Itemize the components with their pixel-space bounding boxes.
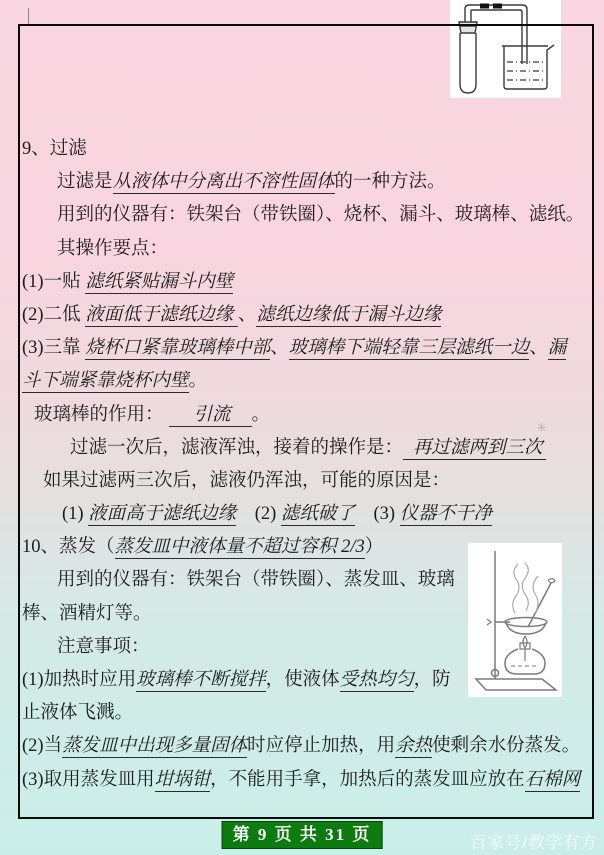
text-segment: 9、过滤 bbox=[22, 139, 87, 159]
text-segment: 时应停止加热，用 bbox=[247, 736, 395, 756]
answer-segment: 石棉网 bbox=[525, 770, 581, 792]
section-10-heading: 10、蒸发（蒸发皿中液体量不超过容积 2/3） bbox=[22, 531, 600, 564]
text-segment: 。 bbox=[189, 371, 208, 391]
answer-segment: 蒸发皿中出现多量固体 bbox=[62, 736, 247, 758]
text-segment: 过滤是 bbox=[57, 172, 113, 192]
text-segment: (3)三靠 bbox=[22, 338, 85, 358]
page-number-badge: 第 9 页 共 31 页 bbox=[222, 821, 383, 849]
answer-segment: 液面低于滤纸边缘 bbox=[85, 305, 238, 327]
line-operation-points: 其操作要点： bbox=[57, 233, 600, 266]
answer-segment: 滤纸边缘低于漏斗边缘 bbox=[256, 305, 441, 327]
text-segment: (2) bbox=[236, 504, 281, 524]
answer-segment: 滤纸紧贴漏斗内壁 bbox=[85, 272, 233, 294]
line-cautions-heading: 注意事项： bbox=[57, 631, 600, 664]
text-segment: 注意事项： bbox=[57, 637, 150, 657]
answer-segment: 斗下端紧靠烧杯内壁 bbox=[22, 371, 189, 393]
text-segment: 用到的仪器有：铁架台（带铁圈）、烧杯、漏斗、玻璃棒、滤纸。 bbox=[57, 205, 584, 225]
line-evap-instruments-2: 棒、酒精灯等。 bbox=[22, 598, 600, 631]
answer-segment: 漏 bbox=[548, 338, 567, 360]
section-9-heading: 9、过滤 bbox=[22, 133, 600, 166]
text-segment: (1)一贴 bbox=[22, 272, 85, 292]
baijiahao-watermark: 百家号/教学有方 bbox=[470, 829, 598, 853]
text-segment: ，使液体 bbox=[266, 670, 340, 690]
text-segment: 止液体飞溅。 bbox=[22, 703, 133, 723]
text-segment: (3)取用蒸发皿用 bbox=[22, 770, 155, 790]
crop-mark bbox=[28, 8, 29, 24]
answer-segment: 从液体中分离出不溶性固体 bbox=[113, 172, 335, 194]
text-segment: ，不能用手拿，加热后的蒸发皿应放在 bbox=[210, 770, 525, 790]
text-segment: (2)当 bbox=[22, 736, 62, 756]
line-one-stick: (1)一贴 滤纸紧贴漏斗内壁 bbox=[22, 266, 600, 299]
line-filter-definition: 过滤是从液体中分离出不溶性固体的一种方法。 bbox=[57, 166, 600, 199]
text-segment: 。 bbox=[252, 405, 271, 425]
line-evap-instruments-1: 用到的仪器有：铁架台（带铁圈）、蒸发皿、玻璃 bbox=[57, 564, 600, 597]
text-segment: (2)二低 bbox=[22, 305, 85, 325]
text-segment: 的一种方法。 bbox=[335, 172, 446, 192]
text-segment: 、 bbox=[529, 338, 548, 358]
document-page: ✳ bbox=[0, 0, 604, 855]
text-segment: (3) bbox=[355, 504, 400, 524]
text-segment: 玻璃棒的作用： bbox=[34, 405, 164, 425]
line-caution-1b: 止液体飞溅。 bbox=[22, 697, 600, 730]
answer-segment: 玻璃棒不断搅拌 bbox=[136, 670, 266, 692]
text-segment: 过滤一次后，滤液浑浊，接着的操作是： bbox=[70, 438, 403, 458]
answer-segment: 液面高于滤纸边缘 bbox=[88, 504, 236, 526]
answer-segment: 受热均匀 bbox=[340, 670, 414, 692]
answer-segment: 坩埚钳 bbox=[155, 770, 211, 792]
text-segment: 如果过滤两三次后，滤液仍浑浊，可能的原因是： bbox=[43, 471, 450, 491]
line-glass-rod-function: 玻璃棒的作用：引流。 bbox=[34, 399, 600, 432]
text-segment: ，防 bbox=[414, 670, 451, 690]
line-filter-instruments: 用到的仪器有：铁架台（带铁圈）、烧杯、漏斗、玻璃棒、滤纸。 bbox=[57, 199, 600, 232]
answer-segment: 蒸发皿中液体量不超过容积 2/3 bbox=[115, 537, 365, 559]
answer-segment: 余热 bbox=[395, 736, 432, 758]
text-segment: ） bbox=[365, 537, 384, 557]
text-segment: 10、蒸发（ bbox=[22, 537, 115, 557]
answer-segment: 仪器不干净 bbox=[400, 504, 493, 526]
text-segment: 使剩余水份蒸发。 bbox=[432, 736, 580, 756]
answer-segment: 玻璃棒下端轻靠三层滤纸一边 bbox=[289, 338, 530, 360]
notes-body: 9、过滤 过滤是从液体中分离出不溶性固体的一种方法。 用到的仪器有：铁架台（带铁… bbox=[22, 133, 600, 797]
line-three-lean-2: 斗下端紧靠烧杯内壁。 bbox=[22, 365, 600, 398]
text-segment: 、 bbox=[238, 305, 257, 325]
answer-segment: 滤纸破了 bbox=[281, 504, 355, 526]
line-caution-1a: (1)加热时应用玻璃棒不断搅拌，使液体受热均匀，防 bbox=[22, 664, 600, 697]
line-two-low: (2)二低 液面低于滤纸边缘 、滤纸边缘低于漏斗边缘 bbox=[22, 299, 600, 332]
text-segment: (1) bbox=[62, 504, 88, 524]
line-caution-2: (2)当蒸发皿中出现多量固体时应停止加热，用余热使剩余水份蒸发。 bbox=[22, 730, 600, 763]
fill-in-answer: 引流 bbox=[169, 405, 252, 427]
answer-segment: 烧杯口紧靠玻璃棒中部 bbox=[85, 338, 270, 360]
line-filtrate-turbid: 过滤一次后，滤液浑浊，接着的操作是：再过滤两到三次 bbox=[70, 432, 600, 465]
answer-segment: 再过滤两到三次 bbox=[403, 438, 546, 460]
line-caution-3: (3)取用蒸发皿用坩埚钳，不能用手拿，加热后的蒸发皿应放在石棉网 bbox=[22, 764, 600, 797]
text-segment: (1)加热时应用 bbox=[22, 670, 136, 690]
text-segment: 其操作要点： bbox=[57, 239, 168, 259]
text-segment: 、 bbox=[270, 338, 289, 358]
text-segment: 用到的仪器有：铁架台（带铁圈）、蒸发皿、玻璃 bbox=[57, 570, 455, 590]
line-three-lean-1: (3)三靠 烧杯口紧靠玻璃棒中部、玻璃棒下端轻靠三层滤纸一边、漏 bbox=[22, 332, 600, 365]
line-turbid-reasons: (1) 液面高于滤纸边缘 (2) 滤纸破了 (3) 仪器不干净 bbox=[62, 498, 600, 531]
line-still-turbid: 如果过滤两三次后，滤液仍浑浊，可能的原因是： bbox=[43, 465, 600, 498]
text-segment: 棒、酒精灯等。 bbox=[22, 604, 152, 624]
